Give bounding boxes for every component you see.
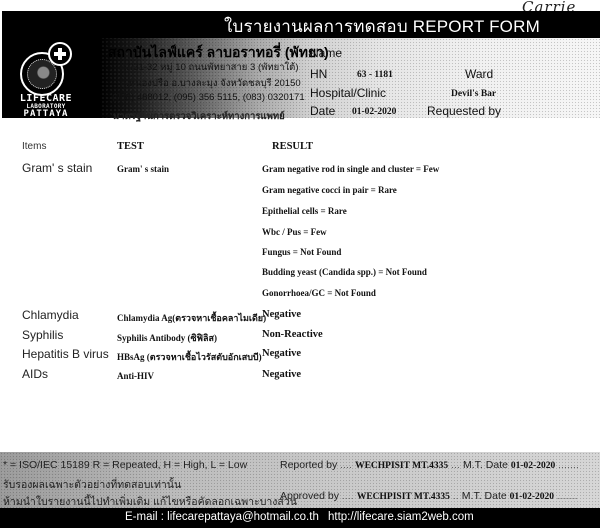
address-line-3: (038) 488012, (095) 356 5115, (083) 0320… [112,92,305,103]
address-line-1: 47/31-32 หมู่ 10 ถนนพัทยาสาย 3 (พัทยาใต้… [120,60,299,75]
footer-legend: * = ISO/IEC 15189 R = Repeated, H = High… [3,459,247,471]
hn-label: HN [310,67,327,81]
gram-result-7: Gonorrhoea/GC = Not Found [262,288,376,298]
gram-result-1: Gram negative rod in single and cluster … [262,164,439,174]
column-header-result: RESULT [272,141,313,152]
row-item-hepatitis-b: Hepatitis B virus [22,347,109,361]
row-result-aids: Negative [262,369,301,380]
column-header-test: TEST [117,141,144,152]
reported-date-value: 01-02-2020 [511,461,555,471]
reported-date-label: Date [486,459,508,471]
date-value: 01-02-2020 [352,107,396,117]
contact-email[interactable]: E-mail : lifecarepattaya@hotmail.co.th [125,511,319,523]
date-label: Date [310,104,335,118]
gram-result-4: Wbc / Pus = Few [262,227,327,237]
gram-result-2: Gram negative cocci in pair = Rare [262,185,397,195]
approved-date-label: Date [485,490,507,502]
gram-stain-test: Gram' s stain [117,164,169,174]
row-result-syphilis: Non-Reactive [262,329,323,340]
row-result-chlamydia: Negative [262,309,301,320]
approved-by-label: Approved by [280,490,339,502]
header-bar: ใบรายงานผลการทดสอบ REPORT FORM [2,11,600,38]
hospital-label: Hospital/Clinic [310,86,386,100]
approved-mt-label: M.T. [462,490,482,502]
contact-website[interactable]: http://lifecare.siam2web.com [328,511,474,523]
reported-by-label: Reported by [280,459,337,471]
approved-date-value: 01-02-2020 [510,492,554,502]
hospital-value: Devil's Bar [451,89,496,99]
row-test-aids: Anti-HIV [117,371,154,381]
gram-stain-item: Gram' s stain [22,161,92,175]
row-test-chlamydia: Chlamydia Ag(ตรวจหาเชื้อคลาไมเดีย) [117,311,266,325]
row-test-hepatitis-b: HBsAg (ตรวจหาเชื้อไวรัสตับอักเสบบี) [117,350,262,364]
gram-result-3: Epithelial cells = Rare [262,206,347,216]
contact-bar: E-mail : lifecarepattaya@hotmail.co.th h… [0,508,600,528]
ward-label: Ward [465,67,493,81]
address-line-2: ต.หนองปรือ อ.บางละมุง จังหวัดชลบุรี 2015… [120,76,301,91]
name-label: Name [310,46,342,60]
lab-logo: LIFECARE LABORATORY PATTAYA [2,38,100,118]
row-result-hepatitis-b: Negative [262,348,301,359]
approved-by-line: Approved by .... WECHPISIT MT.4335 .. M.… [280,490,578,502]
footer-note-1: รับรองผลเฉพาะตัวอย่างที่ทดสอบเท่านั้น [3,476,181,493]
gram-result-6: Budding yeast (Candida spp.) = Not Found [262,267,427,277]
column-header-items: Items [22,141,46,152]
requested-by-label: Requested by [427,104,501,118]
row-test-syphilis: Syphilis Antibody (ซิฟิลิส) [117,331,217,345]
reported-mt-label: M.T. [463,459,483,471]
hn-value: 63 - 1181 [357,70,393,80]
logo-text-pattaya: PATTAYA [16,110,76,119]
row-item-chlamydia: Chlamydia [22,308,79,322]
approved-by-value: WECHPISIT MT.4335 [357,492,450,502]
row-item-syphilis: Syphilis [22,328,63,342]
gram-result-5: Fungus = Not Found [262,247,341,257]
report-title: ใบรายงานผลการทดสอบ REPORT FORM [192,13,572,40]
reported-by-line: Reported by .... WECHPISIT MT.4335 ... M… [280,459,579,471]
plus-cross-icon [48,42,72,66]
row-item-aids: AIDs [22,367,48,381]
address-line-4: มาตรฐานการตรวจวิเคราะห์ทางการแพทย์ [113,109,285,124]
reported-by-value: WECHPISIT MT.4335 [355,461,448,471]
